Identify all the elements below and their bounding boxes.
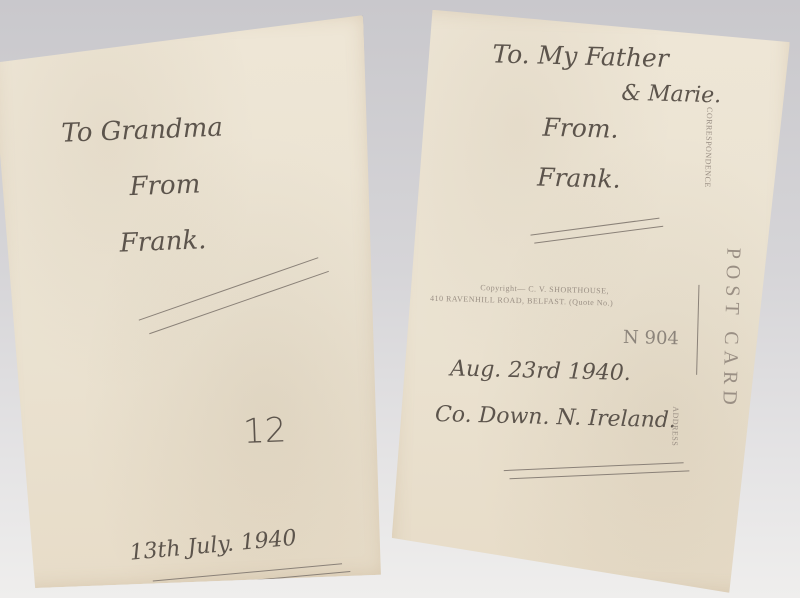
- post-card-label: POST CARD: [717, 247, 744, 411]
- from-line: From.: [542, 113, 619, 144]
- recipient-line: To Grandma: [61, 113, 224, 149]
- underline-1: [530, 218, 659, 236]
- address-label: ADDRESS: [670, 406, 680, 446]
- correspondence-label: CORRESPONDENCE: [703, 107, 714, 188]
- postcard-left: To Grandma From Frank. 12 13th July. 194…: [0, 15, 385, 589]
- date-underline-1: [153, 563, 342, 581]
- location-underline-2: [510, 470, 690, 479]
- underline-2: [534, 226, 663, 244]
- location-underline-1: [504, 462, 684, 471]
- date-underline-2: [161, 571, 350, 589]
- date-line: Aug. 23rd 1940.: [450, 356, 631, 386]
- quote-number: N 904: [623, 327, 679, 349]
- sender-line: Frank.: [119, 225, 207, 258]
- from-line: From: [129, 169, 201, 202]
- underline-2: [149, 271, 329, 334]
- sender-line: Frank.: [537, 163, 621, 194]
- pencil-number: 12: [242, 410, 287, 452]
- underline-1: [139, 257, 319, 320]
- location-line: Co. Down. N. Ireland.: [435, 402, 677, 433]
- divider-line: [696, 285, 699, 375]
- postcard-right: To. My Father & Marie. From. Frank. Copy…: [391, 9, 791, 594]
- recipient-line: To. My Father: [492, 39, 669, 73]
- publisher-address: 410 RAVENHILL ROAD, BELFAST. (Quote No.): [430, 294, 613, 308]
- copyright-text: Copyright— C. V. SHORTHOUSE,: [480, 283, 609, 295]
- recipient-addition: & Marie.: [621, 81, 721, 109]
- date-line: 13th July. 1940: [129, 526, 298, 566]
